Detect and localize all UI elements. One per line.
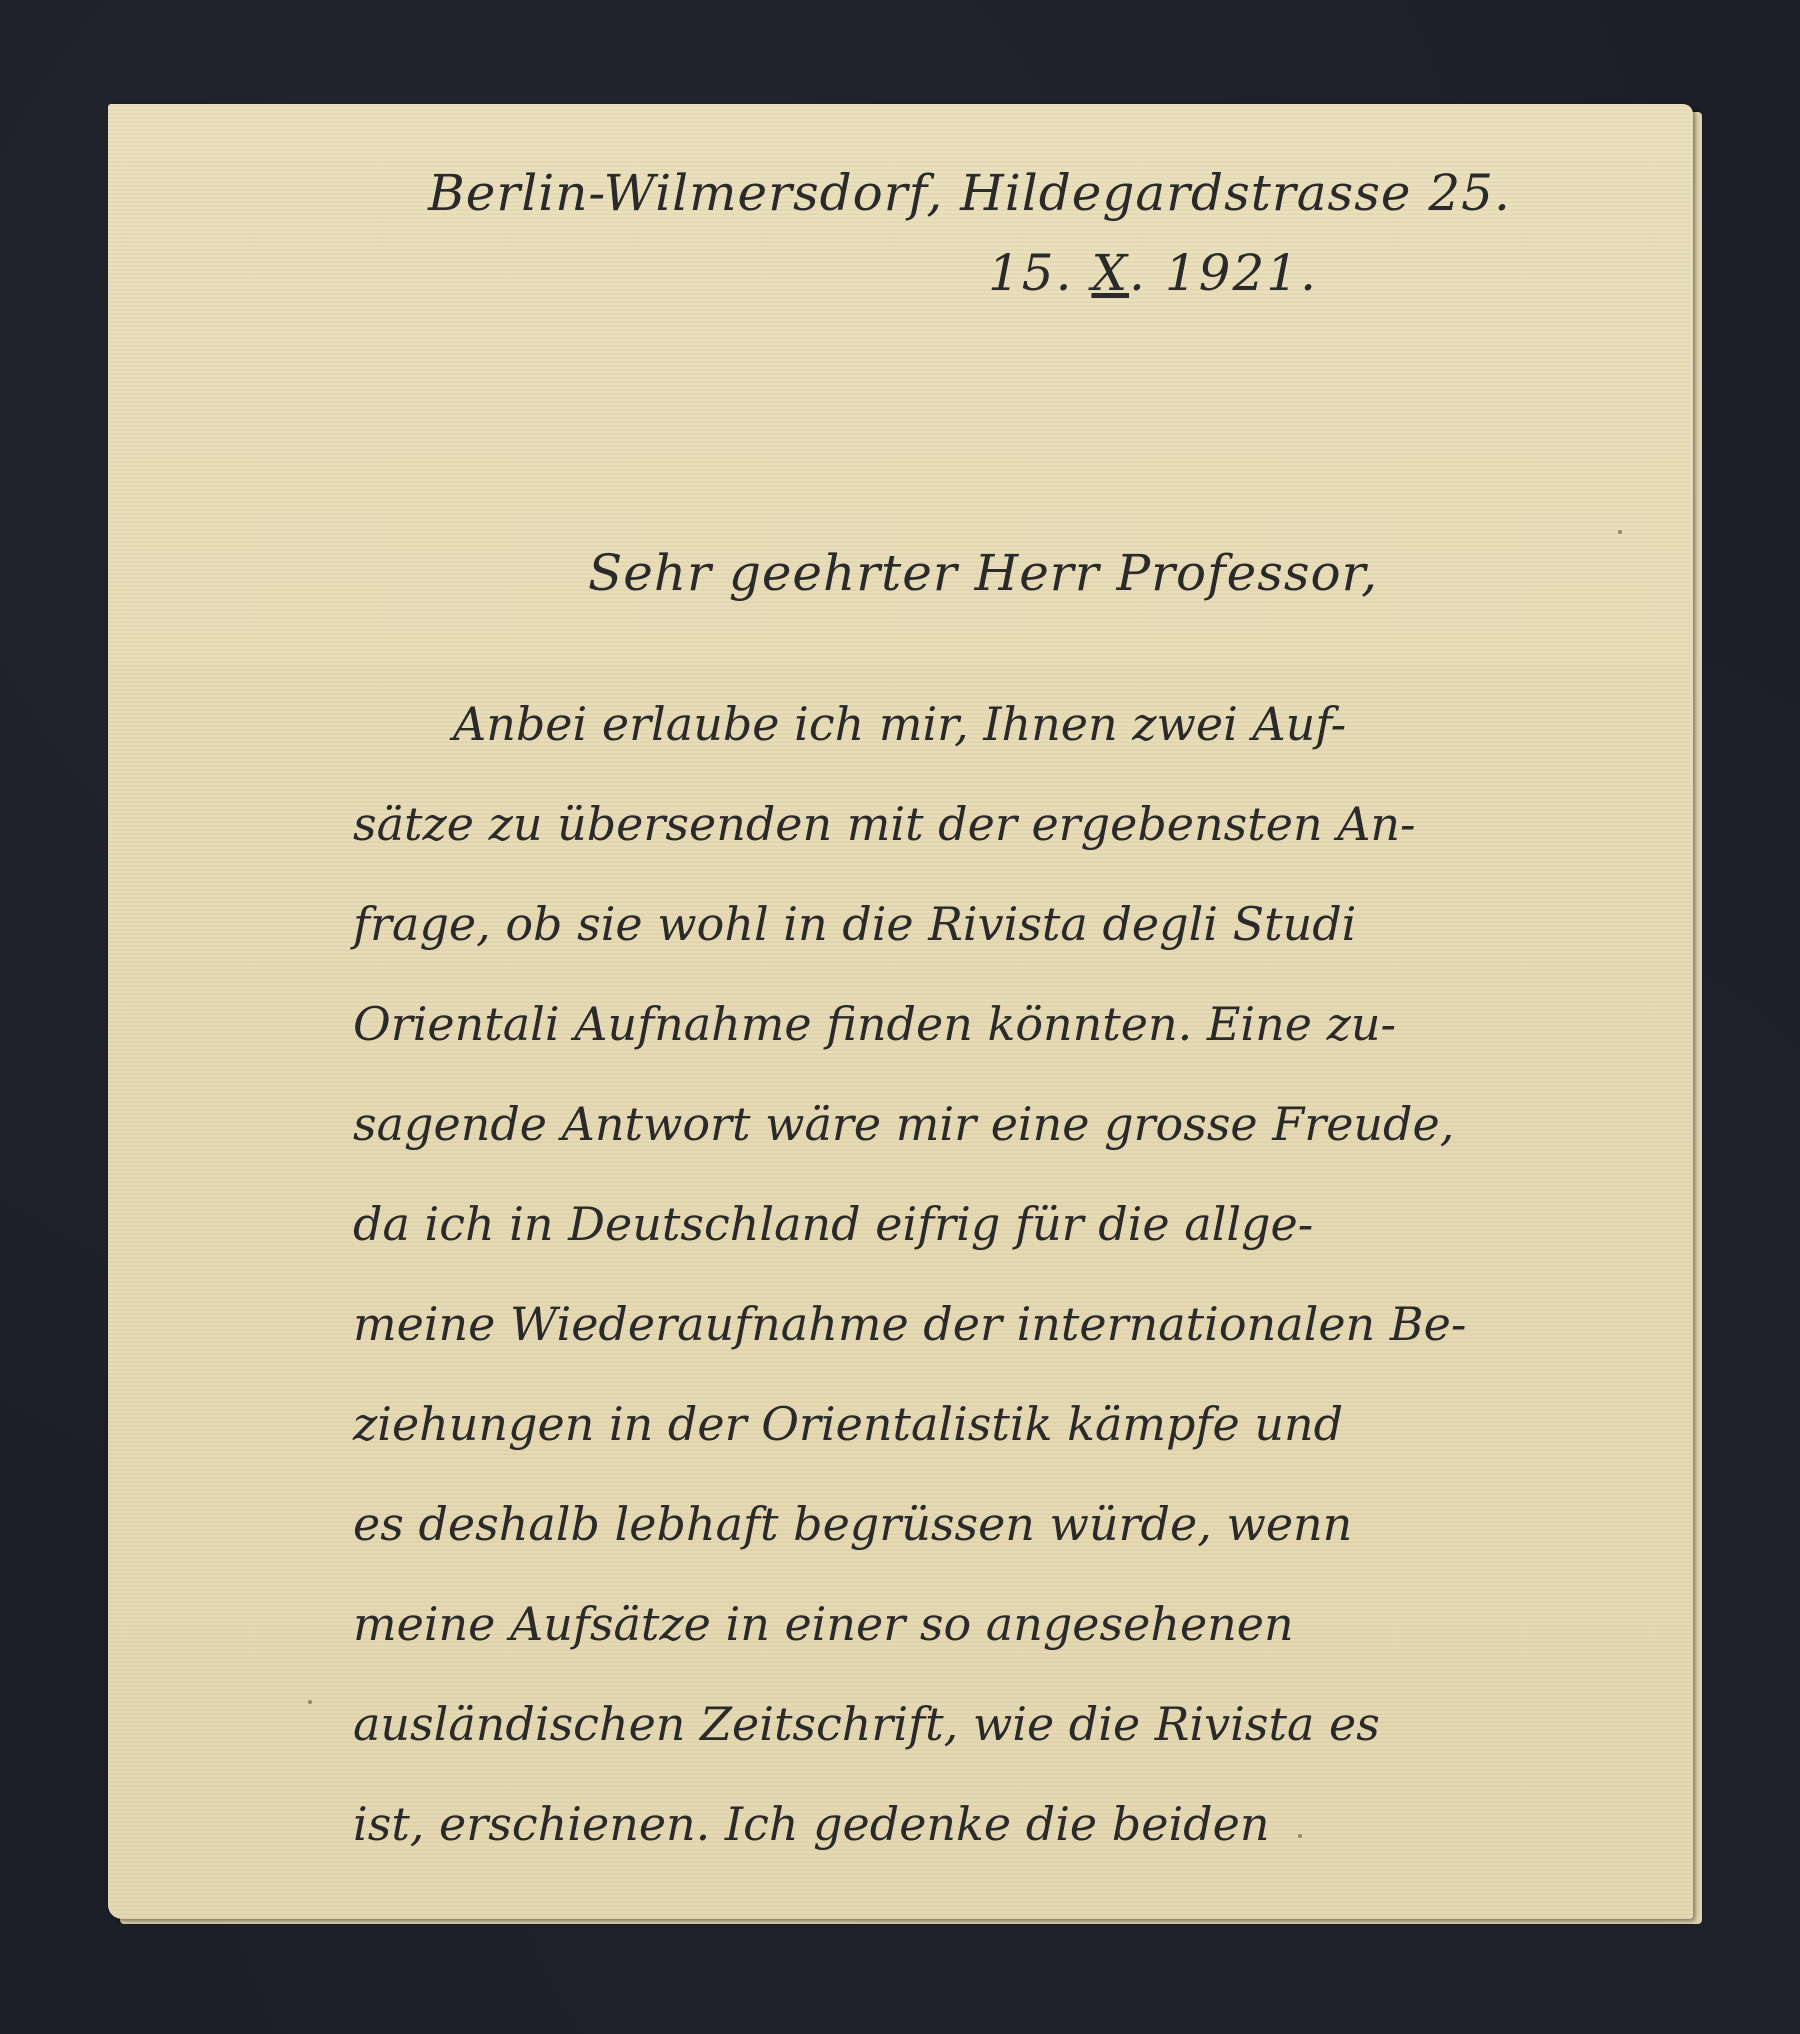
- body-line: ziehungen in der Orientalistik kämpfe un…: [353, 1374, 1653, 1474]
- body-line: Orientali Aufnahme finden könnten. Eine …: [353, 974, 1653, 1074]
- body-line: da ich in Deutschland eifrig für die all…: [353, 1174, 1653, 1274]
- pencil-mark: [308, 1700, 312, 1704]
- date-separator: .: [1129, 244, 1147, 302]
- sender-address: Berlin-Wilmersdorf, Hildegardstrasse 25.: [428, 164, 1511, 222]
- letter-page: Berlin-Wilmersdorf, Hildegardstrasse 25.…: [108, 104, 1693, 1919]
- body-line: sätze zu übersenden mit der ergebensten …: [353, 774, 1653, 874]
- body-line: es deshalb lebhaft begrüssen würde, wenn: [353, 1474, 1653, 1574]
- body-line: sagende Antwort wäre mir eine grosse Fre…: [353, 1074, 1653, 1174]
- body-line: frage, ob sie wohl in die Rivista degli …: [353, 874, 1653, 974]
- body-line: meine Aufsätze in einer so angesehenen: [353, 1574, 1653, 1674]
- pencil-mark: [1618, 530, 1622, 534]
- letter-body: Anbei erlaube ich mir, Ihnen zwei Auf- s…: [353, 674, 1653, 1874]
- date-month-roman: X: [1091, 244, 1129, 302]
- date-year: 1921.: [1165, 244, 1318, 302]
- body-line: ausländischen Zeitschrift, wie die Rivis…: [353, 1674, 1653, 1774]
- body-line: meine Wiederaufnahme der internationalen…: [353, 1274, 1653, 1374]
- pencil-mark: [1298, 1834, 1302, 1838]
- body-line: Anbei erlaube ich mir, Ihnen zwei Auf-: [353, 674, 1653, 774]
- handwritten-letter: Berlin-Wilmersdorf, Hildegardstrasse 25.…: [108, 104, 1693, 1919]
- letter-date: 15. X. 1921.: [988, 244, 1318, 302]
- body-line: ist, erschienen. Ich gedenke die beiden: [353, 1774, 1653, 1874]
- date-day: 15.: [988, 244, 1074, 302]
- salutation: Sehr geehrter Herr Professor,: [588, 544, 1378, 602]
